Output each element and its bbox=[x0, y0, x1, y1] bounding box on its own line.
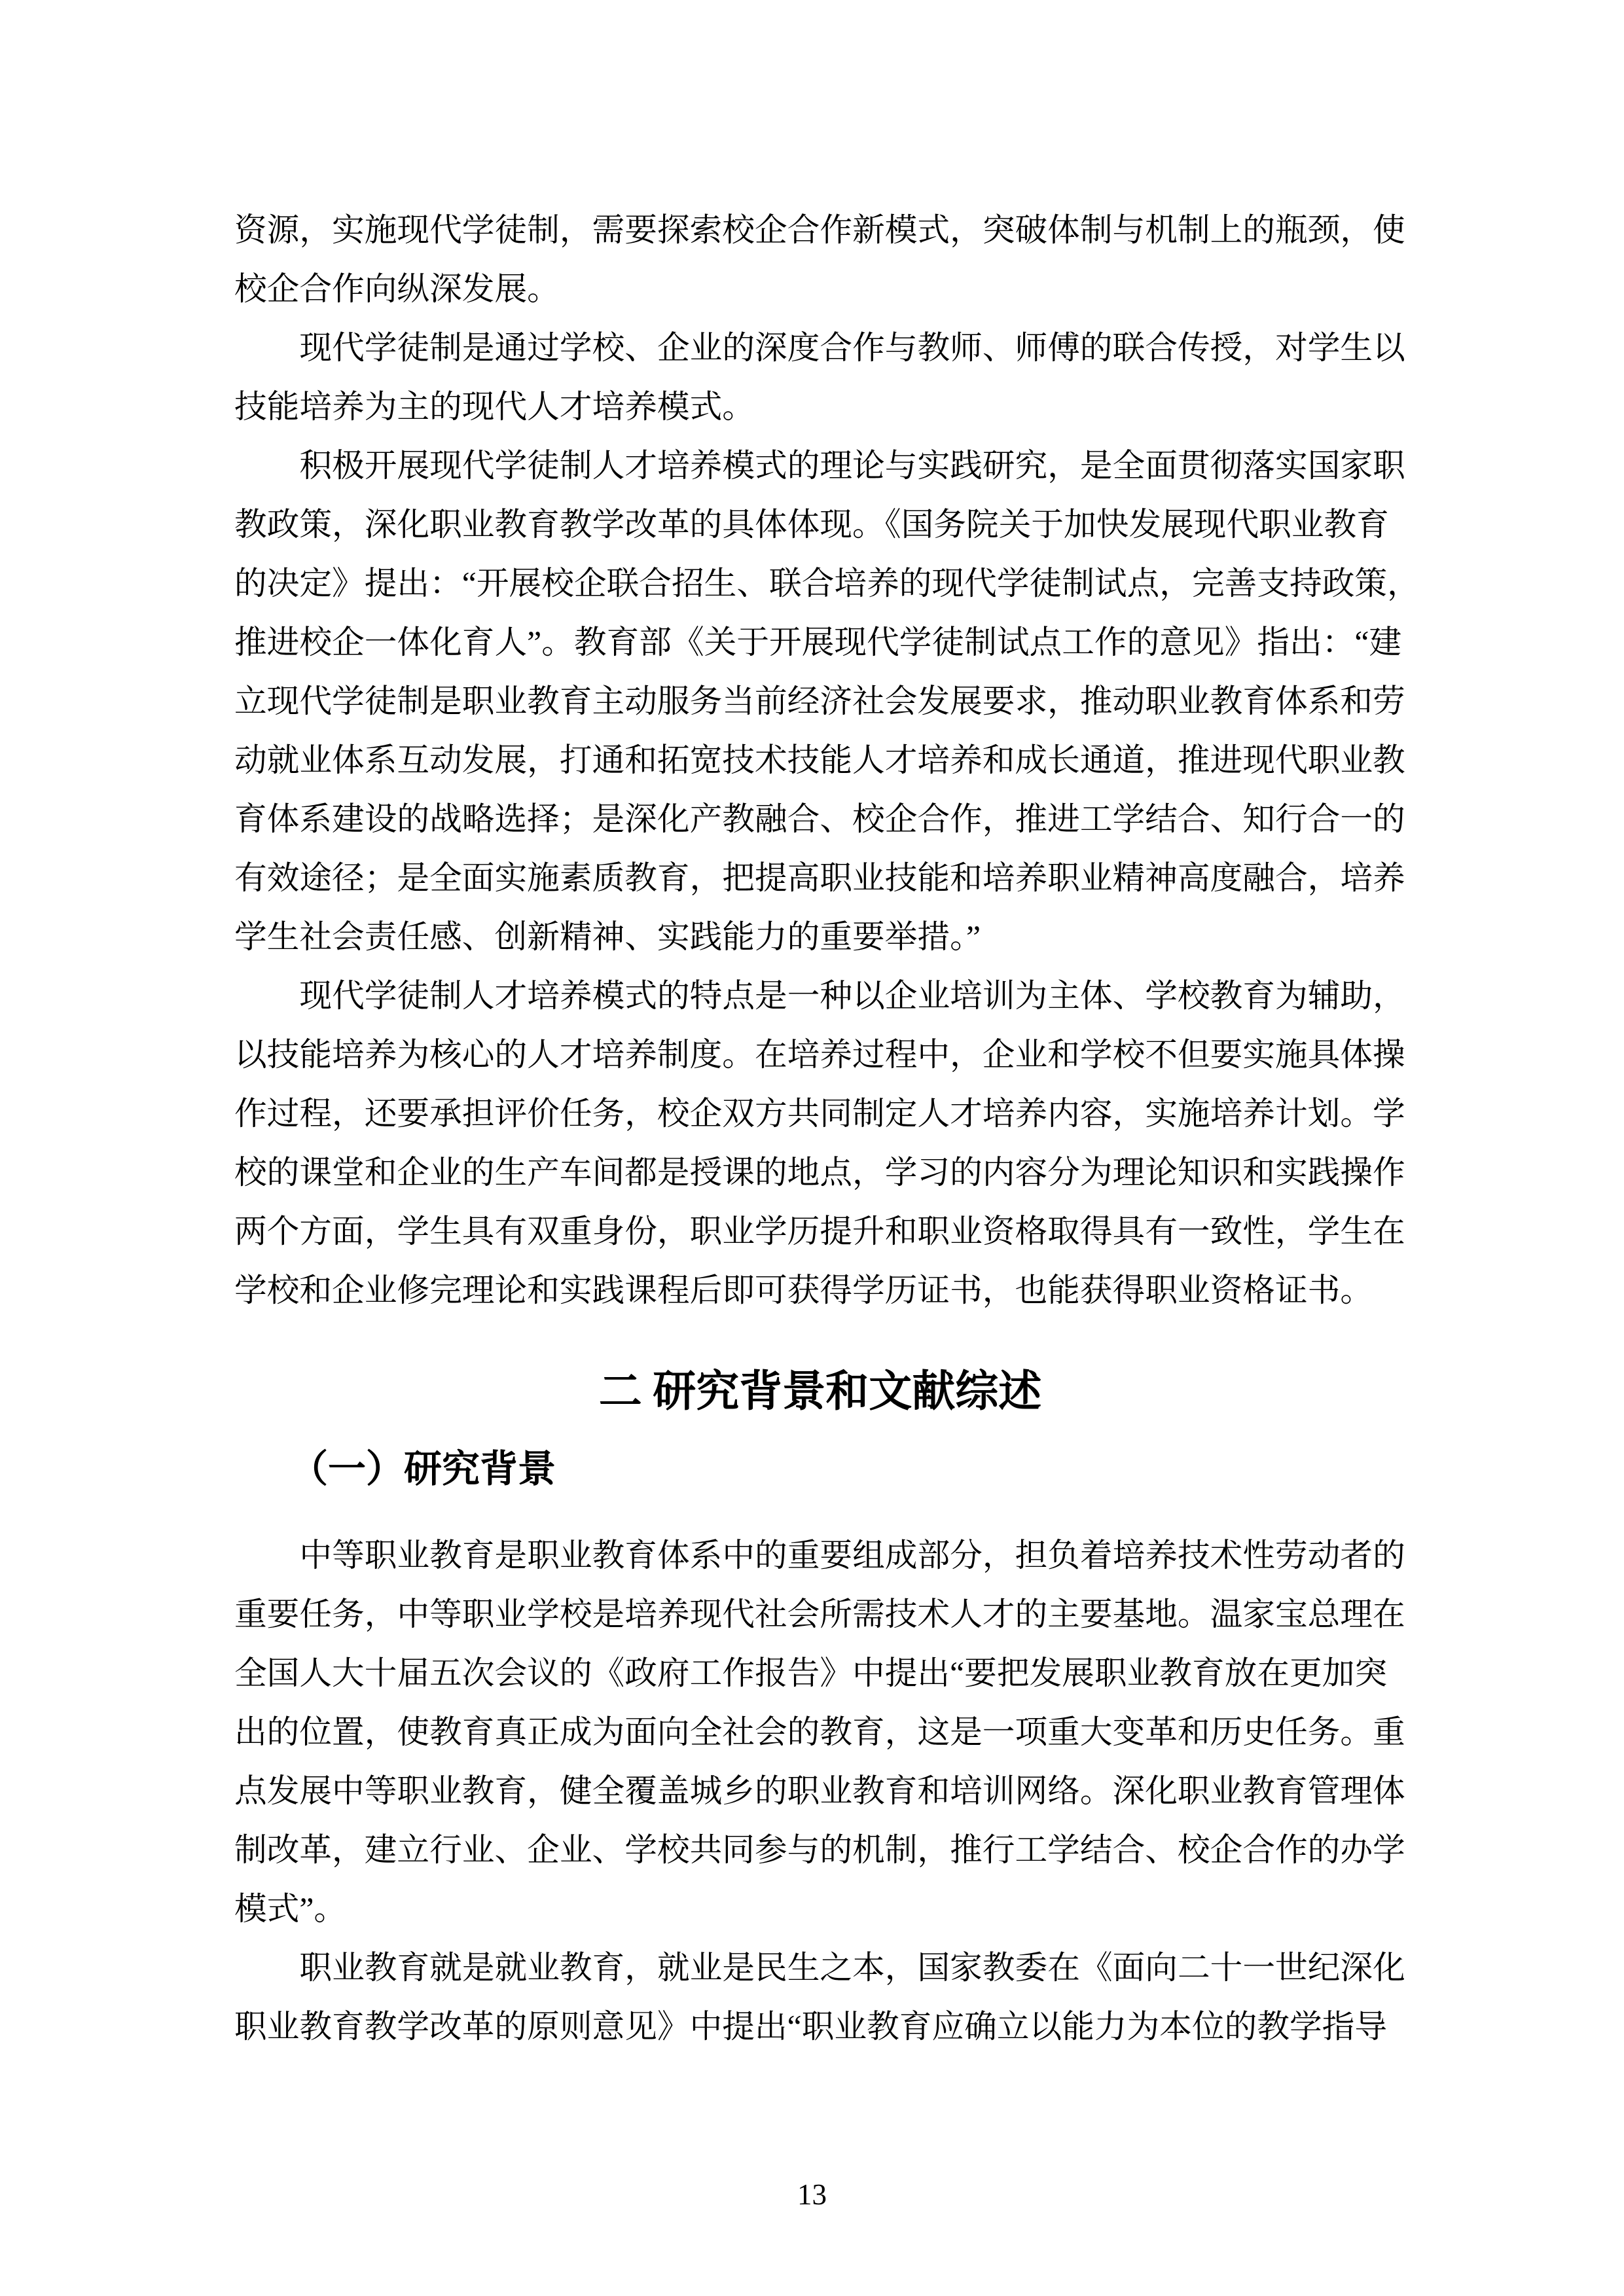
document-page: 资源，实施现代学徒制，需要探索校企合作新模式，突破体制与机制上的瓶颈，使 校企合… bbox=[0, 0, 1624, 2296]
body-line: 推进校企一体化育人”。教育部《关于开展现代学徒制试点工作的意见》指出：“建 bbox=[234, 613, 1406, 672]
body-line: 两个方面，学生具有双重身份，职业学历提升和职业资格取得具有一致性，学生在 bbox=[234, 1202, 1406, 1261]
body-line: 教政策，深化职业教育教学改革的具体体现。《国务院关于加快发展现代职业教育 bbox=[234, 495, 1406, 554]
body-line: 学校和企业修完理论和实践课程后即可获得学历证书，也能获得职业资格证书。 bbox=[234, 1261, 1406, 1320]
body-line: 技能培养为主的现代人才培养模式。 bbox=[234, 378, 1406, 437]
body-line: 育体系建设的战略选择；是深化产教融合、校企合作，推进工学结合、知行合一的 bbox=[234, 790, 1406, 849]
body-line: 出的位置，使教育真正成为面向全社会的教育，这是一项重大变革和历史任务。重 bbox=[234, 1703, 1406, 1762]
body-line: 学生社会责任感、创新精神、实践能力的重要举措。” bbox=[234, 908, 1406, 967]
page-number: 13 bbox=[0, 2175, 1624, 2214]
body-text-upper: 资源，实施现代学徒制，需要探索校企合作新模式，突破体制与机制上的瓶颈，使 校企合… bbox=[234, 201, 1406, 1320]
body-line: 动就业体系互动发展，打通和拓宽技术技能人才培养和成长通道，推进现代职业教 bbox=[234, 731, 1406, 790]
body-line: 现代学徒制是通过学校、企业的深度合作与教师、师傅的联合传授，对学生以 bbox=[234, 319, 1406, 378]
body-line: 重要任务，中等职业学校是培养现代社会所需技术人才的主要基地。温家宝总理在 bbox=[234, 1585, 1406, 1644]
body-line: 职业教育就是就业教育，就业是民生之本，国家教委在《面向二十一世纪深化 bbox=[234, 1939, 1406, 1998]
body-line: 职业教育教学改革的原则意见》中提出“职业教育应确立以能力为本位的教学指导 bbox=[234, 1998, 1406, 2056]
body-line: 校的课堂和企业的生产车间都是授课的地点，学习的内容分为理论知识和实践操作 bbox=[234, 1143, 1406, 1202]
body-line: 资源，实施现代学徒制，需要探索校企合作新模式，突破体制与机制上的瓶颈，使 bbox=[234, 201, 1406, 260]
body-line: 以技能培养为核心的人才培养制度。在培养过程中，企业和学校不但要实施具体操 bbox=[234, 1026, 1406, 1085]
body-line: 积极开展现代学徒制人才培养模式的理论与实践研究，是全面贯彻落实国家职 bbox=[234, 437, 1406, 495]
body-line: 校企合作向纵深发展。 bbox=[234, 260, 1406, 319]
body-line: 制改革，建立行业、企业、学校共同参与的机制，推行工学结合、校企合作的办学 bbox=[234, 1821, 1406, 1880]
body-line: 有效途径；是全面实施素质教育，把提高职业技能和培养职业精神高度融合，培养 bbox=[234, 849, 1406, 908]
body-line: 作过程，还要承担评价任务，校企双方共同制定人才培养内容，实施培养计划。学 bbox=[234, 1085, 1406, 1143]
subsection-heading: （一）研究背景 bbox=[290, 1440, 1406, 1499]
body-line: 中等职业教育是职业教育体系中的重要组成部分，担负着培养技术性劳动者的 bbox=[234, 1526, 1406, 1585]
body-line: 的决定》提出：“开展校企联合招生、联合培养的现代学徒制试点，完善支持政策， bbox=[234, 554, 1406, 613]
body-line: 点发展中等职业教育，健全覆盖城乡的职业教育和培训网络。深化职业教育管理体 bbox=[234, 1762, 1406, 1821]
body-text-lower: 中等职业教育是职业教育体系中的重要组成部分，担负着培养技术性劳动者的 重要任务，… bbox=[234, 1526, 1406, 2056]
body-line: 全国人大十届五次会议的《政府工作报告》中提出“要把发展职业教育放在更加突 bbox=[234, 1644, 1406, 1703]
section-heading: 二 研究背景和文献综述 bbox=[234, 1356, 1406, 1428]
body-line: 现代学徒制人才培养模式的特点是一种以企业培训为主体、学校教育为辅助， bbox=[234, 967, 1406, 1026]
body-line: 模式”。 bbox=[234, 1880, 1406, 1939]
body-line: 立现代学徒制是职业教育主动服务当前经济社会发展要求，推动职业教育体系和劳 bbox=[234, 672, 1406, 731]
